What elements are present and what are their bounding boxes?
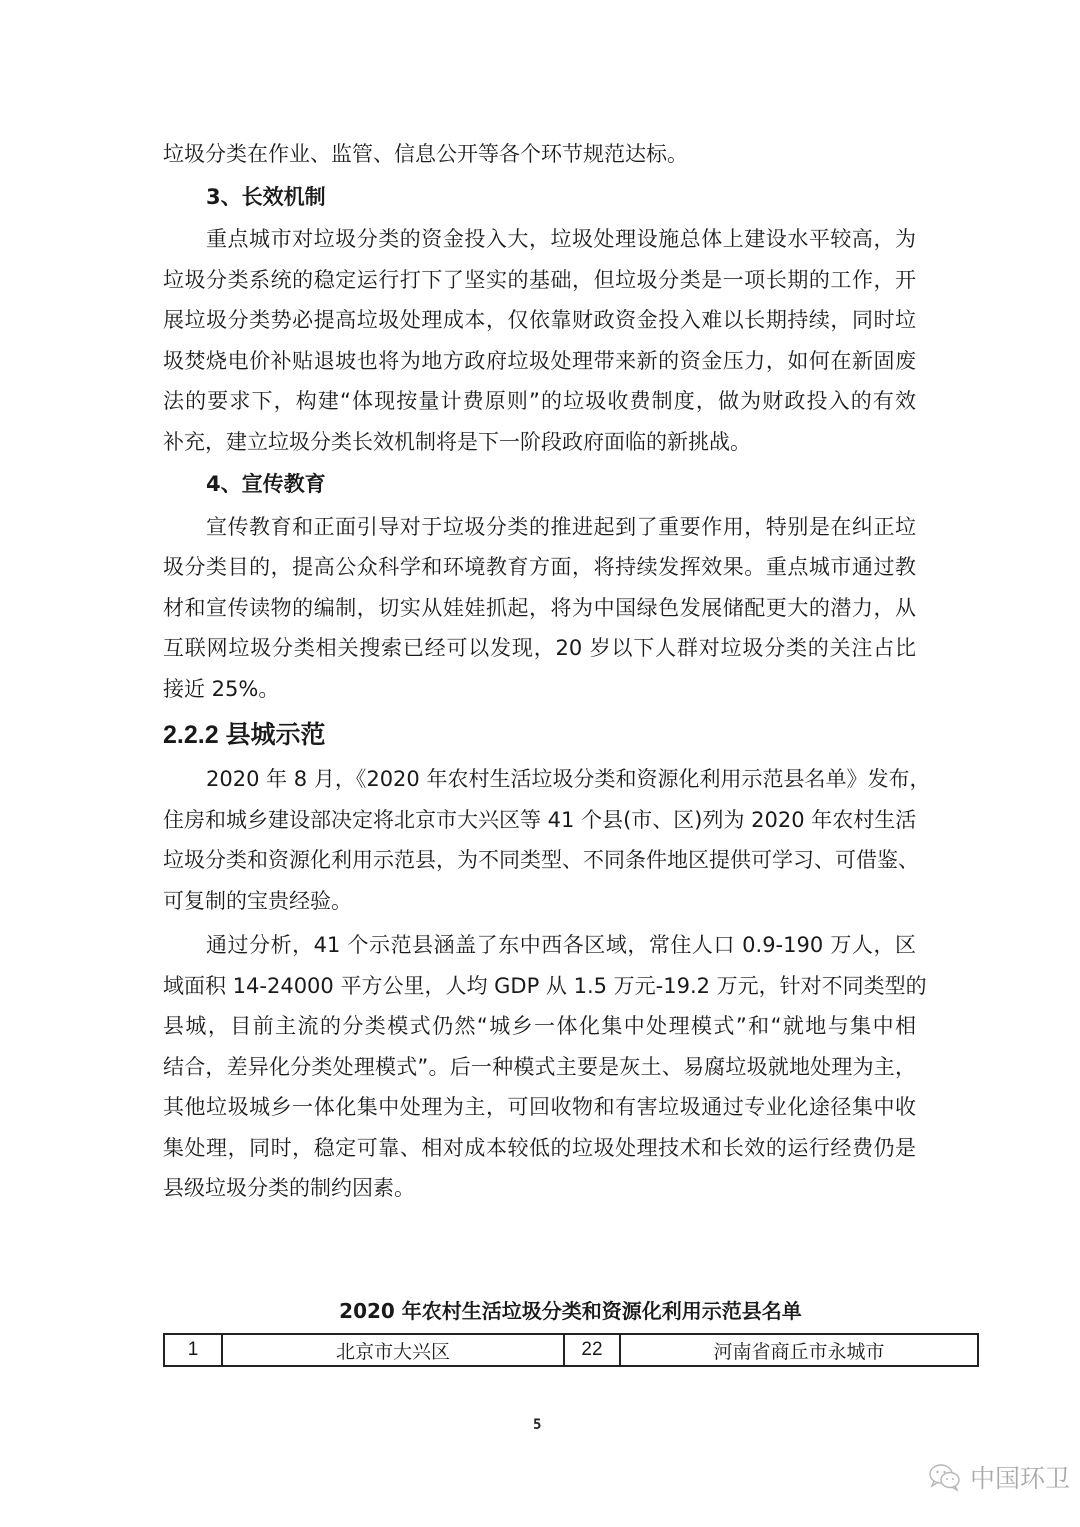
paragraph-line: 宣传教育和正面引导对于垃圾分类的推进起到了重要作用，特别是在纠正垃	[163, 507, 916, 548]
paragraph-line: 域面积 14-24000 平方公里，人均 GDP 从 1.5 万元-19.2 万…	[163, 966, 916, 1007]
paragraph-line: 接近 25%。	[163, 669, 916, 710]
paragraph-line: 县城，目前主流的分类模式仍然“城乡一体化集中处理模式”和“就地与集中相	[163, 1006, 916, 1047]
demo-county-table: 1 北京市大兴区 22 河南省商丘市永城市	[163, 1333, 979, 1367]
paragraph-line: 互联网垃圾分类相关搜索已经可以发现，20 岁以下人群对垃圾分类的关注占比	[163, 628, 916, 669]
paragraph-line: 展垃圾分类势必提高垃圾处理成本，仅依靠财政资金投入难以长期持续，同时垃	[163, 300, 916, 341]
paragraph-line: 材和宣传读物的编制，切实从娃娃抓起，将为中国绿色发展储配更大的潜力，从	[163, 588, 916, 629]
document-page: 垃圾分类在作业、监管、信息公开等各个环节规范达标。 3、长效机制 重点城市对垃圾…	[163, 134, 916, 1209]
paragraph-county-analysis: 通过分析，41 个示范县涵盖了东中西各区域，常住人口 0.9-190 万人，区 …	[163, 925, 916, 1209]
paragraph-line: 垃圾分类在作业、监管、信息公开等各个环节规范达标。	[163, 134, 916, 175]
table-title: 2020 年农村生活垃圾分类和资源化利用示范县名单	[163, 1296, 978, 1326]
paragraph-line: 县级垃圾分类的制约因素。	[163, 1168, 916, 1209]
paragraph-line: 圾分类目的，提高公众科学和环境教育方面，将持续发挥效果。重点城市通过教	[163, 547, 916, 588]
watermark: 中国环卫	[928, 1459, 1070, 1495]
paragraph-line: 法的要求下，构建“体现按量计费原则”的垃圾收费制度，做为财政投入的有效	[163, 381, 916, 422]
table-row: 1 北京市大兴区 22 河南省商丘市永城市	[164, 1334, 978, 1366]
paragraph-county-demo-intro: 2020 年 8 月，《2020 年农村生活垃圾分类和资源化利用示范县名单》发布…	[163, 759, 916, 921]
paragraph-line: 圾焚烧电价补贴退坡也将为地方政府垃圾处理带来新的资金压力，如何在新固废	[163, 341, 916, 382]
wechat-icon	[928, 1462, 962, 1492]
page-number: 5	[533, 1417, 541, 1433]
section-title: 2.2.2 县城示范	[163, 713, 916, 757]
table-cell-number: 1	[164, 1334, 222, 1366]
paragraph-line: 通过分析，41 个示范县涵盖了东中西各区域，常住人口 0.9-190 万人，区	[163, 925, 916, 966]
paragraph-line: 垃圾分类系统的稳定运行打下了坚实的基础，但垃圾分类是一项长期的工作，开	[163, 260, 916, 301]
paragraph-long-term-mechanism: 重点城市对垃圾分类的资金投入大，垃圾处理设施总体上建设水平较高，为 垃圾分类系统…	[163, 219, 916, 462]
table-cell-county: 北京市大兴区	[222, 1334, 564, 1366]
watermark-text: 中国环卫	[970, 1459, 1070, 1495]
paragraph-line: 结合，差异化分类处理模式”。后一种模式主要是灰土、易腐垃圾就地处理为主，	[163, 1047, 916, 1088]
paragraph-line: 可复制的宝贵经验。	[163, 881, 916, 922]
paragraph-publicity-education: 宣传教育和正面引导对于垃圾分类的推进起到了重要作用，特别是在纠正垃 圾分类目的，…	[163, 507, 916, 710]
subheading-publicity-education: 4、宣传教育	[163, 464, 916, 505]
paragraph-line: 其他垃圾城乡一体化集中处理为主，可回收物和有害垃圾通过专业化途径集中收	[163, 1087, 916, 1128]
paragraph-line: 重点城市对垃圾分类的资金投入大，垃圾处理设施总体上建设水平较高，为	[163, 219, 916, 260]
paragraph-line: 补充，建立垃圾分类长效机制将是下一阶段政府面临的新挑战。	[163, 422, 916, 463]
paragraph-line: 2020 年 8 月，《2020 年农村生活垃圾分类和资源化利用示范县名单》发布…	[163, 759, 916, 800]
paragraph-line: 住房和城乡建设部决定将北京市大兴区等 41 个县(市、区)列为 2020 年农村…	[163, 800, 916, 841]
paragraph-line: 集处理，同时，稳定可靠、相对成本较低的垃圾处理技术和长效的运行经费仍是	[163, 1128, 916, 1169]
table-cell-number: 22	[564, 1334, 620, 1366]
paragraph-line: 垃圾分类和资源化利用示范县，为不同类型、不同条件地区提供可学习、可借鉴、	[163, 840, 916, 881]
table-cell-county: 河南省商丘市永城市	[620, 1334, 978, 1366]
subheading-long-term-mechanism: 3、长效机制	[163, 177, 916, 218]
